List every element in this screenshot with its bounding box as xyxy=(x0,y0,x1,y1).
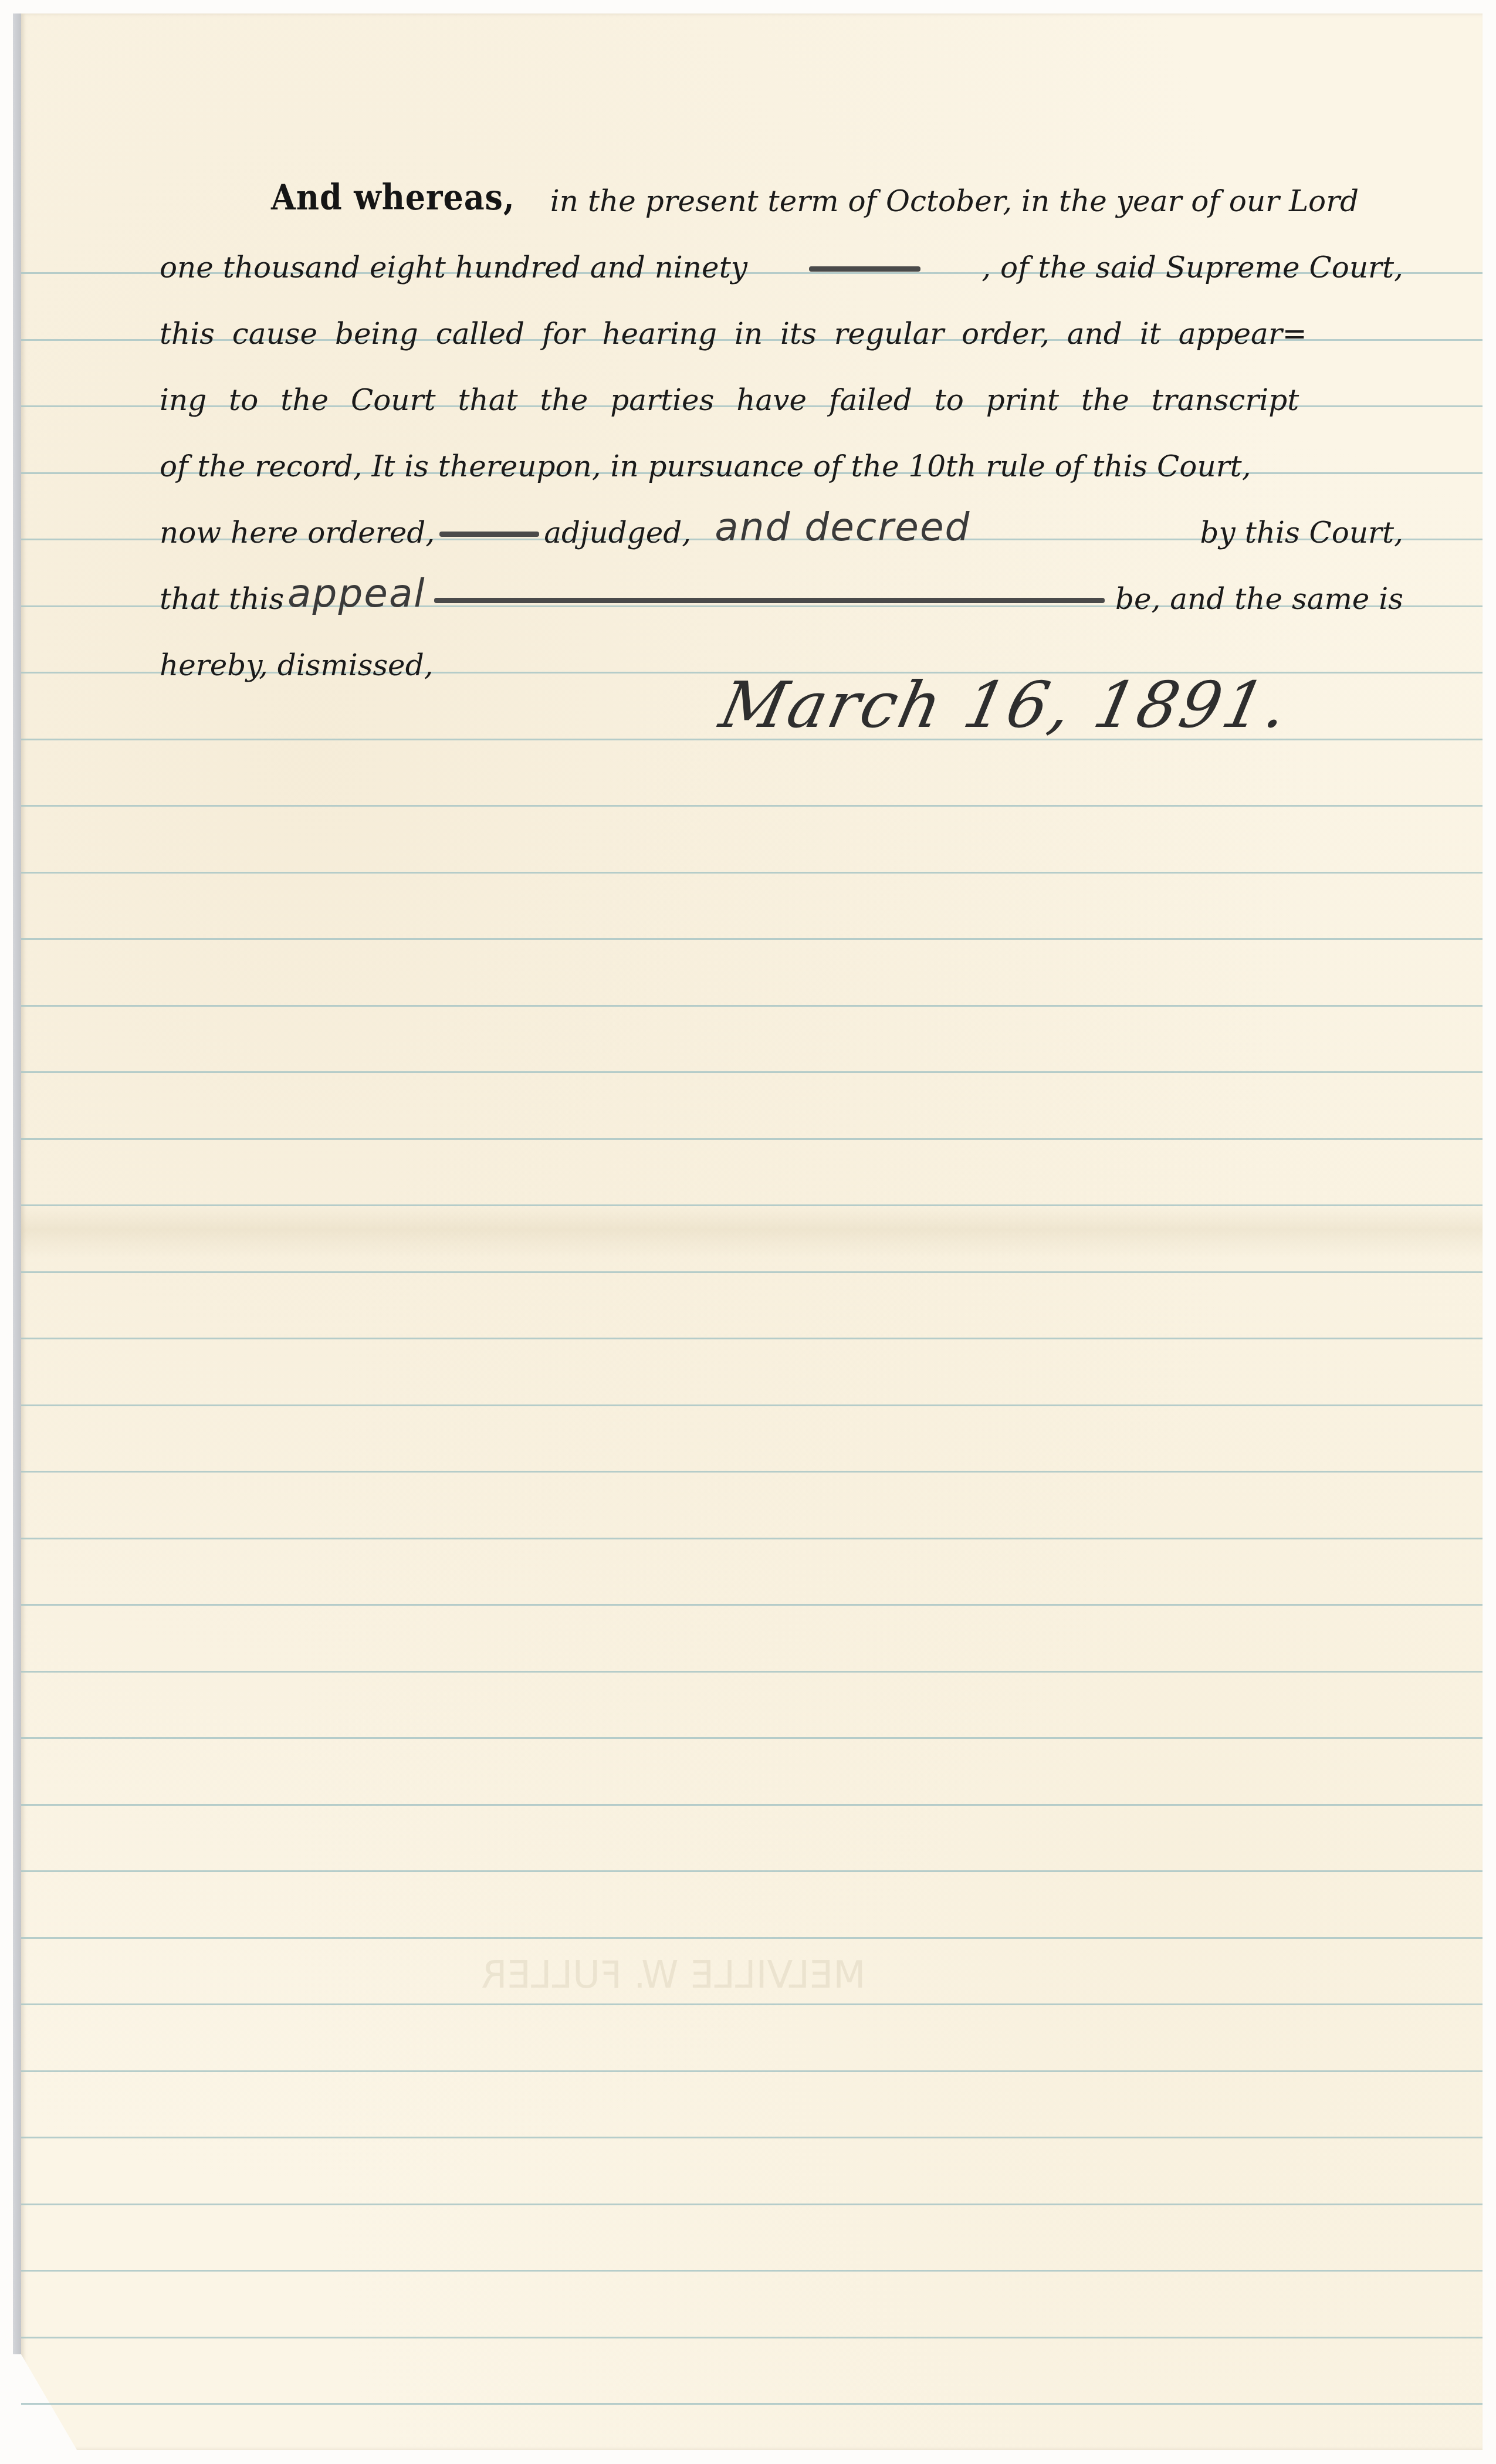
ruled-line xyxy=(21,1870,1483,1872)
handwritten-and-decreed: and decreed xyxy=(715,505,970,550)
text-line-3: this cause being called for hearing in i… xyxy=(160,292,1403,351)
ruled-line xyxy=(21,2137,1483,2138)
paper-left-edge xyxy=(13,13,21,2354)
ruled-line xyxy=(21,1271,1483,1273)
line-text: of the record, It is thereupon, in pursu… xyxy=(160,449,1251,483)
line-text: hereby, dismissed, xyxy=(160,648,434,682)
text-line-6: now here ordered, adjudged, and decreed … xyxy=(160,491,1403,550)
line-text-after: be, and the same is xyxy=(1115,582,1403,616)
ruled-line xyxy=(21,2204,1483,2205)
struck-dash xyxy=(439,532,539,537)
ruled-line xyxy=(21,2403,1483,2405)
ruled-line xyxy=(21,1471,1483,1473)
text-line-7: that this appeal be, and the same is xyxy=(160,557,1403,616)
ruled-line xyxy=(21,2070,1483,2072)
blank-year-dash xyxy=(809,266,920,272)
line-text-before: now here ordered, xyxy=(160,516,435,550)
struck-dash xyxy=(434,598,1105,603)
ruled-line xyxy=(21,872,1483,874)
ruled-line xyxy=(21,1404,1483,1406)
ruled-line xyxy=(21,1538,1483,1539)
text-line-5: of the record, It is thereupon, in pursu… xyxy=(160,425,1403,483)
line-text-mid: adjudged, xyxy=(544,516,691,550)
line-text: ing to the Court that the parties have f… xyxy=(160,383,1299,417)
line-text-after: by this Court, xyxy=(1200,516,1403,550)
line-text: this cause being called for hearing in i… xyxy=(160,317,1307,351)
ruled-line xyxy=(21,1671,1483,1673)
handwritten-appeal: appeal xyxy=(287,571,426,616)
handwritten-date: March 16, 1891. xyxy=(714,669,1297,742)
ruled-line xyxy=(21,2270,1483,2272)
ruled-line xyxy=(21,2337,1483,2338)
line-text-before: one thousand eight hundred and ninety xyxy=(160,251,747,285)
line-text-after: , of the said Supreme Court, xyxy=(981,251,1403,285)
line-text: in the present term of October, in the y… xyxy=(550,184,1359,218)
ruled-line xyxy=(21,1604,1483,1606)
ruled-line xyxy=(21,805,1483,807)
text-line-2: one thousand eight hundred and ninety , … xyxy=(160,226,1403,285)
ruled-line xyxy=(21,938,1483,940)
bleed-through-signature: MELVILLE W. FULLER xyxy=(481,1954,866,1997)
line-text-before: that this xyxy=(160,582,284,616)
ruled-line xyxy=(21,1737,1483,1739)
ruled-line xyxy=(21,1138,1483,1140)
ruled-line xyxy=(21,1005,1483,1007)
ruled-line xyxy=(21,1204,1483,1206)
ruled-line xyxy=(21,1937,1483,1939)
ruled-line xyxy=(21,1071,1483,1073)
ruled-line xyxy=(21,2003,1483,2005)
ruled-line xyxy=(21,1804,1483,1806)
fold-crease xyxy=(21,1206,1483,1258)
text-line-4: ing to the Court that the parties have f… xyxy=(160,358,1403,417)
text-line-1: And whereas, in the present term of Octo… xyxy=(160,160,1403,218)
ruled-line xyxy=(21,1338,1483,1339)
opening-phrase: And whereas, xyxy=(271,177,515,218)
